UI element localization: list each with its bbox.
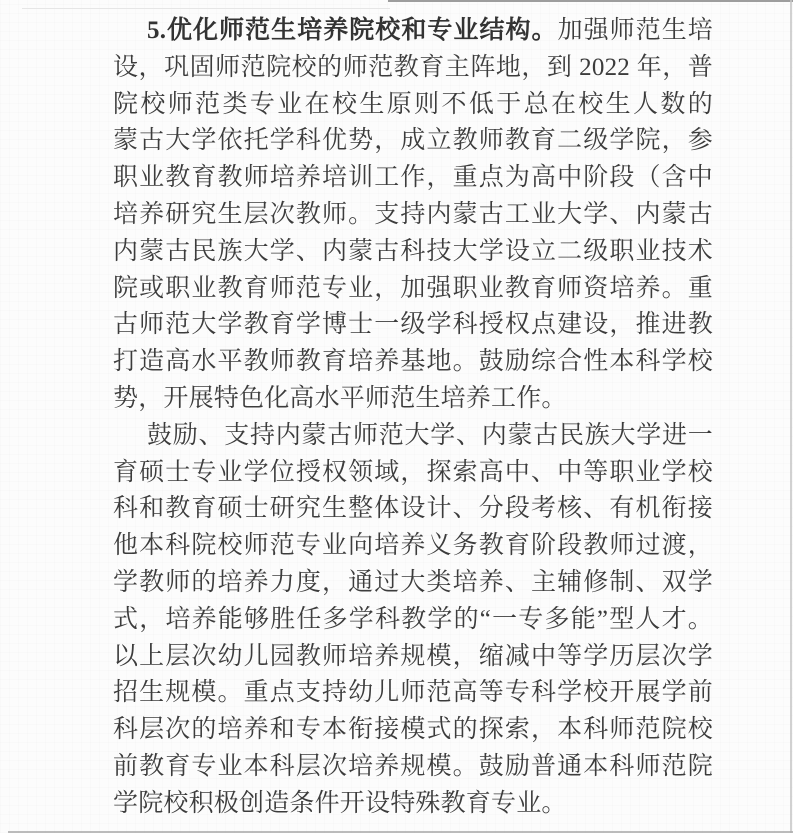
text-line: 院或职业教育师范专业，加强职业教育师资培养。重点支持内蒙 [113, 271, 713, 308]
text-line-content: 他本科院校师范专业向培养义务教育阶段教师过渡，逐步加大小 [113, 532, 713, 565]
text-line: 鼓励、支持内蒙古师范大学、内蒙古民族大学进一步扩大教 [113, 418, 713, 455]
text-line: 蒙古大学依托学科优势，成立教师教育二级学院，参与基础教育、 [113, 123, 713, 160]
text-line: 内蒙古民族大学、内蒙古科技大学设立二级职业技术教师教育学 [113, 234, 713, 271]
text-line-content: 院校师范类专业在校生原则不低于总在校生人数的 60%。支持内 [113, 91, 713, 124]
text-line: 前教育专业本科层次培养规模。鼓励普通本科师范院校、本科医 [113, 749, 713, 786]
text-line-content: 招生规模。重点支持幼儿师范高等专科学校开展学前教育专业专 [113, 679, 713, 712]
text-line-content: 职业教育教师培养培训工作，重点为高中阶段（含中等职业学校） [113, 164, 713, 197]
text-line-content: 前教育专业本科层次培养规模。鼓励普通本科师范院校、本科医 [113, 753, 713, 786]
text-line: 科和教育硕士研究生整体设计、分段考核、有机衔接的模式。其 [113, 491, 713, 528]
scan-edge-top-faint-line [22, 8, 390, 9]
text-line: 打造高水平教师教育培养基地。鼓励综合性本科学校发挥各自优 [113, 344, 713, 381]
text-line-content: 科和教育硕士研究生整体设计、分段考核、有机衔接的模式。其 [113, 495, 713, 528]
text-line: 学院校积极创造条件开设特殊教育专业。 [113, 786, 713, 823]
text-line-content: 设，巩固师范院校的师范教育主阵地，到 2022 年，普通高等师范 [113, 54, 713, 87]
text-line: 招生规模。重点支持幼儿师范高等专科学校开展学前教育专业专 [113, 675, 713, 712]
text-line-content: 式，培养能够胜任多学科教学的“一专多能”型人才。扩大专科 [113, 606, 713, 639]
text-line: 古师范大学教育学博士一级学科授权点建设，推进教师教育研究， [113, 307, 713, 344]
text-line: 育硕士专业学位授权领域，探索高中、中等职业学校教师培养本 [113, 455, 713, 492]
document-text-block: 5.优化师范生培养院校和专业结构。加强师范生培养院校建设，巩固师范院校的师范教育… [113, 13, 713, 823]
text-line-content: 以上层次幼儿园教师培养规模，缩减中等学历层次学前教育专业 [113, 643, 713, 676]
text-line: 式，培养能够胜任多学科教学的“一专多能”型人才。扩大专科 [113, 602, 713, 639]
text-line: 职业教育教师培养培训工作，重点为高中阶段（含中等职业学校） [113, 160, 713, 197]
document-page: 5.优化师范生培养院校和专业结构。加强师范生培养院校建设，巩固师范院校的师范教育… [0, 0, 793, 833]
text-line: 势，开展特色化高水平师范生培养工作。 [113, 381, 713, 418]
text-line-content: 培养研究生层次教师。支持内蒙古工业大学、内蒙古农业大学、 [113, 201, 713, 234]
text-line: 设，巩固师范院校的师范教育主阵地，到 2022 年，普通高等师范 [113, 50, 713, 87]
text-line-content: 科层次的培养和专本衔接模式的探索，本科师范院校逐步扩大学 [113, 716, 713, 749]
text-line: 5.优化师范生培养院校和专业结构。加强师范生培养院校建 [113, 13, 713, 50]
text-line-content: 古师范大学教育学博士一级学科授权点建设，推进教师教育研究， [113, 311, 713, 344]
text-line: 他本科院校师范专业向培养义务教育阶段教师过渡，逐步加大小 [113, 528, 713, 565]
text-line-content: 育硕士专业学位授权领域，探索高中、中等职业学校教师培养本 [113, 459, 713, 492]
text-line-content: 学院校积极创造条件开设特殊教育专业。 [113, 790, 567, 817]
scan-edge-right-line [790, 0, 792, 833]
section-heading: 5.优化师范生培养院校和专业结构。 [147, 17, 558, 44]
scan-edge-top-line [388, 0, 793, 2]
text-line-content: 势，开展特色化高水平师范生培养工作。 [113, 385, 567, 412]
text-line: 培养研究生层次教师。支持内蒙古工业大学、内蒙古农业大学、 [113, 197, 713, 234]
text-line-content: 学教师的培养力度，通过大类培养、主辅修制、双学位等多种方 [113, 569, 713, 602]
text-line: 学教师的培养力度，通过大类培养、主辅修制、双学位等多种方 [113, 565, 713, 602]
text-line-content: 蒙古大学依托学科优势，成立教师教育二级学院，参与基础教育、 [113, 127, 713, 160]
text-line-content: 内蒙古民族大学、内蒙古科技大学设立二级职业技术教师教育学 [113, 238, 713, 271]
text-line-content: 鼓励、支持内蒙古师范大学、内蒙古民族大学进一步扩大教 [113, 422, 713, 455]
text-line: 院校师范类专业在校生原则不低于总在校生人数的 60%。支持内 [113, 87, 713, 124]
text-line-content: 院或职业教育师范专业，加强职业教育师资培养。重点支持内蒙 [113, 275, 713, 308]
text-line: 科层次的培养和专本衔接模式的探索，本科师范院校逐步扩大学 [113, 712, 713, 749]
text-line: 以上层次幼儿园教师培养规模，缩减中等学历层次学前教育专业 [113, 639, 713, 676]
text-line-content: 打造高水平教师教育培养基地。鼓励综合性本科学校发挥各自优 [113, 348, 713, 381]
